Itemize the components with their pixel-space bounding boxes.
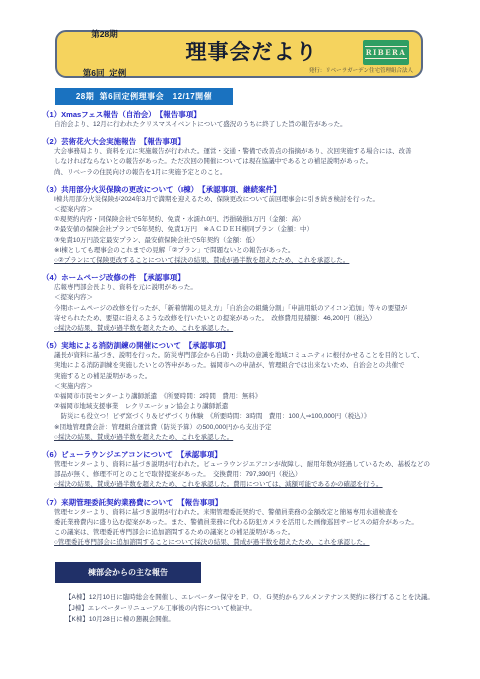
session-label: 第6回 定例: [57, 67, 152, 80]
section-line: 防災にも役立つ！ピザ窯づくり＆ピザづくり体験 《所要時間：3時間 費用：100人…: [54, 412, 454, 422]
term-label: 第28期: [57, 28, 152, 41]
section-line: 自治会より、12月に行われたクリスマスイベントについて盛況のうちに終了した旨の報…: [54, 120, 454, 130]
section-line: 管理センターより、資料に基づき説明が行われた。ビューラウンジエアコンが故障し、耐…: [54, 460, 454, 470]
section-line: I棟共用部分火災保険が2024年3月で満期を迎えるため、保険更改について前回理事…: [54, 195, 454, 205]
report-line: 【K棟】10月28日に棟の懇親会開催。: [65, 614, 454, 625]
section-line: ＜提案内容＞: [54, 205, 454, 215]
section: （4）ホームページ改修の件 【承認事項】広報専門部会長より、資料を元に説明があっ…: [42, 272, 454, 334]
section-heading: （6）ビューラウンジエアコンについて 【承認事項】: [42, 449, 454, 460]
section-line: ○採決の結果、賛成が過半数を超えたため、これを承認した。: [54, 433, 454, 443]
section-heading: （7）来期管理委託契約業務費について 【報告事項】: [42, 497, 454, 508]
publisher-line: 発行：リベーラガーデン住宅管理組合法人: [309, 66, 413, 74]
section-line: ○採決の結果、賛成が過半数を超えたため、これを承認した。: [54, 324, 454, 334]
section-line: ＜提案内容＞: [54, 293, 454, 303]
section-line: 議長が資料に基づき、説明を行った。防災専門部会から自助・共助の意識を地域コミュニ…: [54, 351, 454, 361]
section-line: ○②プランにて保険更改することについて採決の結果、賛成が過半数を超えたため、これ…: [54, 256, 454, 266]
sections: （1）Xmasフェス報告（自治会） 【報告事項】自治会より、12月に行われたクリ…: [42, 109, 454, 549]
page-title: 理事会だより: [152, 36, 351, 66]
section-line: 実施するとの補足説明があった。: [54, 372, 454, 382]
section: （5）実地による消防訓練の開催について 【承認事項】議長が資料に基づき、説明を行…: [42, 340, 454, 443]
section-line: ②福岡市地域支援事業 レクリエーション協会より講師派遣: [54, 402, 454, 412]
section-line: ※I棟としても理事会のこれまでの見解「②プラン」で問題ないとの報告があった。: [54, 246, 454, 256]
section-line: しなければならないとの報告があった。ただ次回の開催については現在協議中であるとの…: [54, 157, 454, 167]
section-line: 尚、リベーラの住民向けの報告を1月に実施予定とのこと。: [54, 168, 454, 178]
section-line: 実地による消防訓練を実施したいとの答申があった。福岡市への申請が、管理組合では出…: [54, 361, 454, 371]
building-reports-badge: 棟部会からの主な報告: [55, 562, 201, 583]
newsletter-page: 第28期 第6回 定例 理事会だより RIBERA 発行：リベーラガーデン住宅管…: [0, 0, 480, 679]
building-reports: 【A棟】12月10日に臨時総会を開催し、エレベーター保守をＰ．Ｏ．Ｇ契約からフル…: [42, 592, 454, 625]
section-line: 委託業務費内に盛り込む提案があった。また、警備員業務に代わる防犯カメラを活用した…: [54, 518, 454, 528]
section: （6）ビューラウンジエアコンについて 【承認事項】管理センターより、資料に基づき…: [42, 449, 454, 491]
ribera-logo-text: RIBERA: [365, 46, 408, 59]
section: （1）Xmasフェス報告（自治会） 【報告事項】自治会より、12月に行われたクリ…: [42, 109, 454, 130]
section-line: 今期ホームページの改修を行ったが、「新着情報の見え方」「自治会の組織分割」「申請…: [54, 304, 454, 314]
section-line: 寄せられたため、要望に沿えるような改修を行いたいとの提案があった。 改修費用見積…: [54, 314, 454, 324]
section-line: ○管理委託専門部会に追加諮問することについて採決の結果、賛成が過半数を超えたため…: [54, 538, 454, 548]
section-line: ③免責10万円設定最安プラン、最安値保険会社で5年契約（金額：低）: [54, 236, 454, 246]
meeting-badge: 28期 第6回定例理事会 12/17開催: [55, 88, 233, 105]
newsletter-header: 第28期 第6回 定例 理事会だより RIBERA 発行：リベーラガーデン住宅管…: [55, 30, 423, 78]
section-heading: （4）ホームページ改修の件 【承認事項】: [42, 272, 454, 283]
section-heading: （3）共用部分火災保険の更改について（I棟） 【承認事項、継続案件】: [42, 184, 454, 195]
section-heading: （2）芸術花火大会実施報告 【報告事項】: [42, 136, 454, 147]
section-line: この議案は、管理委託専門部会に追加諮問するための議案との補足説明があった。: [54, 528, 454, 538]
section-line: ＜実施内容＞: [54, 382, 454, 392]
section-heading: （1）Xmasフェス報告（自治会） 【報告事項】: [42, 109, 454, 120]
content-area: （1）Xmasフェス報告（自治会） 【報告事項】自治会より、12月に行われたクリ…: [42, 109, 454, 625]
section-line: ②最安値の保険会社プランで5年契約、免責1万円 ※ＡＣＤＥＨ棟同プラン（金額：中…: [54, 225, 454, 235]
report-line: 【J棟】エレベーターリニューアル工事後の内容について検証中。: [65, 603, 454, 614]
section-line: 管理センターより、資料に基づき説明が行われた。来期管理委託契約で、警備員業務の金…: [54, 508, 454, 518]
section-line: 広報専門部会長より、資料を元に説明があった。: [54, 283, 454, 293]
section-line: ※団地管理費会計：管理組合運営費（防災予算）の500,000円から支出予定: [54, 423, 454, 433]
section-line: ①福岡市市民センターより講師派遣 《所要時間：2時間 費用：無料》: [54, 392, 454, 402]
section: （7）来期管理委託契約業務費について 【報告事項】管理センターより、資料に基づき…: [42, 497, 454, 549]
section-line: 部品が無く、修理不可とのことで取替提案があった。 交換費用：797,390円（税…: [54, 470, 454, 480]
section: （2）芸術花火大会実施報告 【報告事項】大会事務局より、資料を元に実施報告が行わ…: [42, 136, 454, 178]
report-line: 【A棟】12月10日に臨時総会を開催し、エレベーター保守をＰ．Ｏ．Ｇ契約からフル…: [65, 592, 454, 603]
section-heading: （5）実地による消防訓練の開催について 【承認事項】: [42, 340, 454, 351]
section: （3）共用部分火災保険の更改について（I棟） 【承認事項、継続案件】I棟共用部分…: [42, 184, 454, 266]
section-line: 大会事務局より、資料を元に実施報告が行われた。運営・交通・警備で改善点の指摘があ…: [54, 147, 454, 157]
section-line: ①現契約内容・同保険会社で5年契約、免責・水濡れ0円、汚損破損1万円（金額：高）: [54, 215, 454, 225]
section-line: ○採決の結果、賛成が過半数を超えたため、これを承認した。費用については、減額可能…: [54, 480, 454, 490]
ribera-logo: RIBERA: [363, 40, 409, 65]
